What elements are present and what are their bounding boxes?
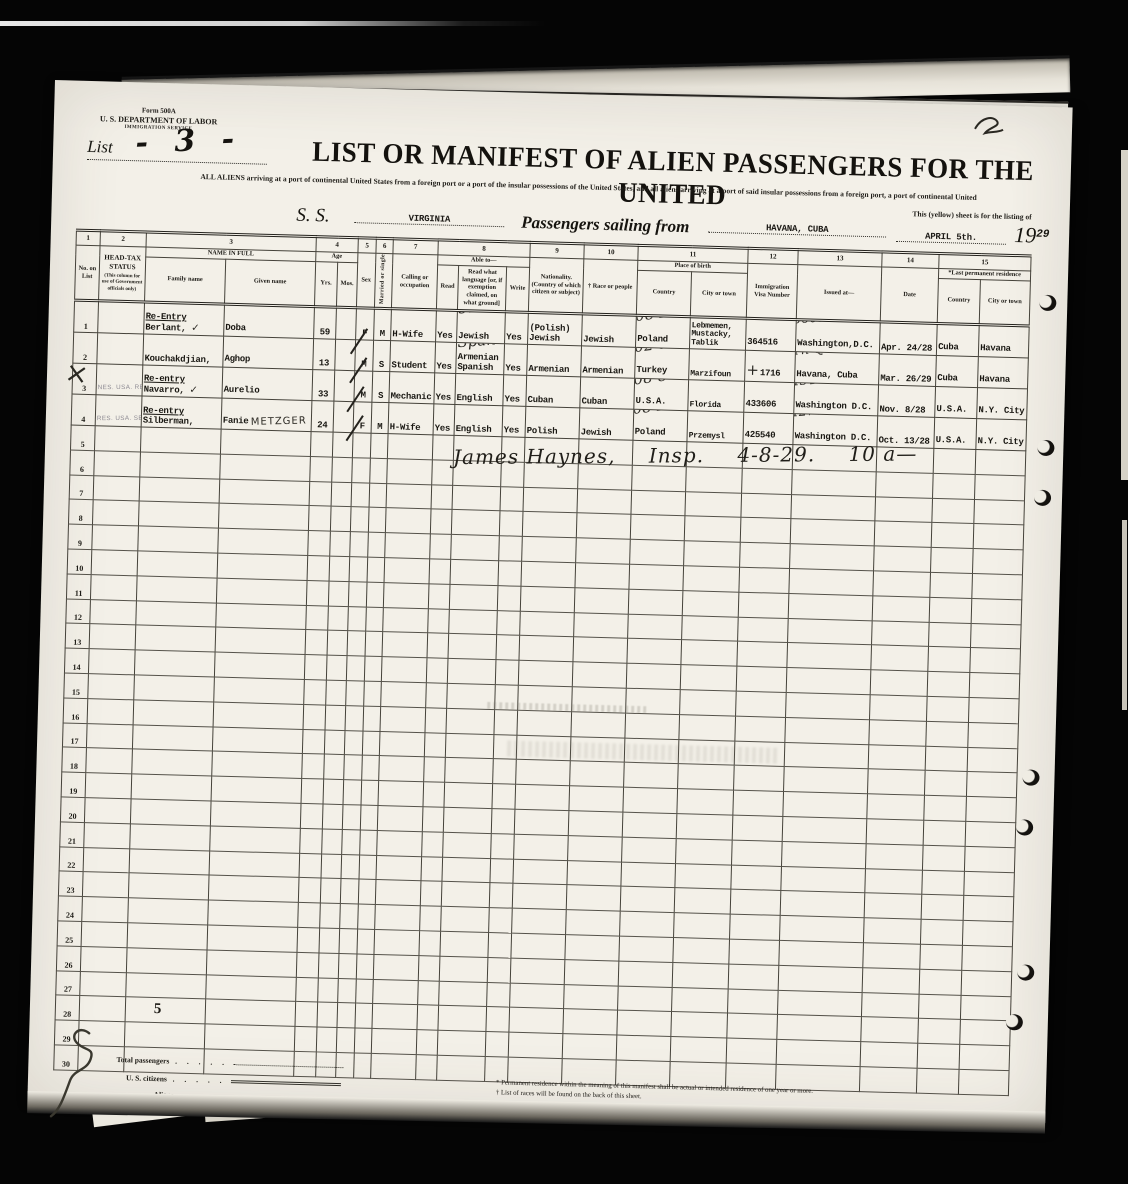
header-mos: Mos.: [336, 262, 357, 308]
handwritten-language-note: Span 4/26-58: [457, 342, 505, 351]
cell-family-name: [128, 873, 209, 900]
cell-married-single: [370, 433, 388, 458]
cell-read: [420, 906, 442, 931]
cell-age-yrs: [308, 531, 331, 556]
cell-sex: [348, 581, 367, 606]
cell-read: [422, 831, 444, 856]
cell-visa-number: [738, 592, 789, 618]
cell-nationality: [520, 611, 575, 637]
family-name: Navarro,✓: [144, 384, 221, 397]
handwritten-given-name: METZGER: [250, 415, 306, 427]
cell-race: Cuban: [580, 377, 635, 409]
cell-residence-country: 99U.S.A.: [934, 417, 977, 449]
cell-age-yrs: 24: [311, 401, 334, 433]
cell-head-tax-status: [87, 698, 134, 724]
cell-read-language: [450, 559, 499, 585]
family-name: Silberman,: [143, 416, 220, 428]
header-date: Date: [880, 267, 938, 324]
cell-married-single: [356, 954, 374, 979]
totals-block: Total passengers . . . . . U. S. citizen…: [115, 1054, 349, 1110]
header-race: † Race or people: [582, 259, 637, 315]
cell-birth-country: [628, 589, 683, 615]
cell-age-yrs: [300, 828, 323, 853]
cell-head-tax-status: RES. USA. SER: [95, 395, 142, 427]
cell-race: [566, 885, 621, 911]
cell-head-tax-status: [80, 946, 127, 972]
cell-given-name: [211, 776, 302, 803]
cell-read-language: [447, 659, 496, 685]
issued-at: Havana, Cuba: [796, 369, 857, 381]
cell-calling: [373, 954, 419, 980]
read-language-2: Spanish: [457, 363, 502, 374]
dot-leaders: . . . . .: [179, 1091, 232, 1101]
nationality: Jewish: [529, 334, 580, 345]
cell-race: Armenian: [581, 346, 636, 378]
cell-visa-number: [737, 642, 788, 668]
cell-residence-city: [969, 673, 1020, 699]
header-married-single: Married or single: [374, 253, 392, 308]
cell-age-yrs: [310, 432, 333, 457]
cell-issued-at: [778, 990, 863, 1017]
cell-residence-city: [971, 623, 1022, 649]
cell-write: [490, 858, 514, 883]
cell-read-language: [441, 882, 490, 908]
cell-residence-city: [963, 896, 1014, 922]
cell-sex: [350, 532, 369, 557]
cell-birth-country: 02-55Turkey: [635, 347, 690, 379]
cell-nationality: [523, 487, 578, 513]
cell-issued-at: Tn Q 4DHavana, Cuba: [795, 352, 880, 385]
cell-head-tax-status: [94, 426, 141, 452]
cell-read: Yes: [433, 404, 455, 436]
cell-birth-country: [630, 539, 685, 565]
cell-birth-country: [624, 763, 679, 789]
cell-age-yrs: [304, 679, 327, 704]
cell-read: [424, 757, 446, 782]
cell-married-single: [367, 557, 385, 582]
cell-birth-city: [684, 541, 741, 567]
header-read-language: Read what language [or, if exemption cla…: [457, 265, 506, 312]
cell-residence-city: [961, 970, 1012, 996]
cell-birth-city: Florida: [688, 380, 745, 413]
total-passengers-blank: [234, 1057, 344, 1068]
sailing-port: HAVANA, CUBA: [708, 222, 886, 238]
cell-residence-country: [924, 795, 967, 821]
punch-hole: [1016, 819, 1033, 835]
cell-read: [417, 1005, 439, 1030]
cell-given-name: [212, 751, 303, 778]
cell-residence-city: [960, 1020, 1011, 1046]
cell-race: Jewish: [582, 314, 637, 347]
cell-residence-city: [965, 821, 1016, 847]
cell-given-name: [218, 528, 309, 555]
cell-age-yrs: [302, 729, 325, 754]
cell-nationality: [522, 512, 577, 538]
cell-residence-country: [931, 523, 974, 549]
cell-issued-at: [779, 940, 864, 967]
read-language: English: [456, 394, 501, 405]
punch-hole: [1037, 440, 1054, 456]
cell-write: [485, 1032, 509, 1057]
header-birth-city: City or town: [690, 272, 747, 319]
cell-birth-country: [625, 713, 680, 739]
cell-read-language: [451, 510, 500, 536]
paper-edge-sliver: [1121, 150, 1128, 480]
cell-row-number: 9: [68, 524, 93, 549]
cell-residence-country: [918, 1019, 961, 1045]
cell-age-yrs: 33: [312, 370, 335, 402]
cell-write: [486, 1007, 510, 1032]
cell-calling: [382, 632, 428, 658]
cell-birth-country: [628, 614, 683, 640]
cell-sex: [352, 458, 371, 483]
cell-married-single: [354, 1053, 372, 1078]
cell-residence-city: [971, 598, 1022, 624]
cell-read-language: [448, 634, 497, 660]
cell-age-mos: [322, 804, 343, 829]
cell-birth-city: [671, 1012, 728, 1038]
cell-birth-city: [676, 838, 733, 864]
cell-sex: [344, 755, 363, 780]
cell-sex: [336, 1028, 355, 1053]
cell-row-number: 11: [66, 574, 91, 599]
cell-visa-number: [741, 493, 792, 519]
cell-nationality: [519, 636, 574, 662]
cell-issued-at: [776, 1040, 861, 1067]
cell-nationality: [518, 660, 573, 686]
cell-row-number: 24: [58, 896, 83, 921]
cell-age-mos: [331, 482, 352, 507]
cell-calling: [384, 558, 430, 584]
cell-family-name: [132, 749, 213, 776]
cell-residence-city: [975, 450, 1026, 476]
cell-issued-at: 366903Washington,D.C.: [795, 320, 880, 354]
cell-nationality: [513, 859, 568, 885]
header-sex: Sex: [356, 253, 375, 308]
cell-row-number: 15: [64, 673, 89, 698]
cell-sex: [346, 681, 365, 706]
cell-write: [496, 635, 520, 660]
cell-issued-at: [784, 767, 869, 794]
cell-sex: [338, 978, 357, 1003]
handwritten-language-note: 51858: [457, 311, 505, 318]
birth-city-line: Tablik: [691, 339, 744, 349]
cell-issued-at: [785, 717, 870, 744]
cell-race: [569, 786, 624, 812]
cell-head-tax-status: [85, 773, 132, 799]
cell-age-yrs: [296, 952, 319, 977]
cell-family-name: [126, 972, 207, 999]
cell-age-yrs: [310, 456, 333, 481]
cell-visa-number: [732, 815, 783, 841]
scan-streak: [0, 21, 545, 26]
handwritten-code: 99: [946, 386, 965, 391]
issued-at: Washington,D.C.: [797, 338, 874, 350]
cell-issued-at: [781, 866, 866, 893]
total-passengers-label: Total passengers: [116, 1055, 169, 1065]
cell-family-name: [130, 799, 211, 826]
cell-age-mos: [326, 680, 347, 705]
cell-residence-country: [917, 1043, 960, 1069]
cell-age-mos: [329, 556, 350, 581]
handwritten-visa-number: Tn Q 4D: [795, 352, 848, 359]
header-residence-city: City or town: [979, 279, 1030, 326]
cell-issued-at: [784, 742, 869, 769]
cell-read-language: [437, 1055, 486, 1081]
cell-date: [872, 620, 930, 646]
cell-given-name: [215, 627, 306, 654]
cell-calling: [385, 533, 431, 559]
column-number: 6: [376, 238, 393, 253]
manifest-table-wrap: 123456789101112131415 No. on List HEAD-T…: [53, 229, 1032, 1096]
cell-birth-country: [627, 639, 682, 665]
cell-date: Apr. 24/28: [879, 322, 937, 356]
cell-age-mos: [330, 507, 351, 532]
visa-number: 364516: [747, 337, 778, 348]
header-issued-at: Issued at—: [796, 265, 881, 322]
cell-age-yrs: [299, 853, 322, 878]
family-name: Berlant,✓: [145, 322, 222, 335]
handwritten-code: 99: [947, 323, 966, 329]
scanned-page: Form 500A U. S. DEPARTMENT OF LABOR IMMI…: [0, 0, 1128, 1184]
cell-read: [420, 881, 442, 906]
cell-issued-at: [789, 569, 874, 596]
cell-residence-country: [922, 845, 965, 871]
cell-age-mos: [334, 370, 355, 402]
cell-nationality: [512, 884, 567, 910]
cell-age-yrs: [307, 556, 330, 581]
cell-birth-city: [682, 590, 739, 616]
header-family-name: Family name: [145, 257, 226, 304]
cell-age-yrs: [298, 903, 321, 928]
header-given-name: Given name: [224, 259, 315, 307]
cell-calling: [376, 855, 422, 881]
cell-issued-at: [790, 544, 875, 571]
cell-race: [576, 538, 631, 564]
cell-married-single: [363, 706, 381, 731]
residence-country: U.S.A.: [935, 435, 966, 446]
birth-country: Turkey: [636, 365, 667, 376]
cell-residence-country: [920, 944, 963, 970]
cell-married-single: [364, 656, 382, 681]
cell-residence-city: [973, 524, 1024, 550]
cell-calling: [386, 483, 432, 509]
cell-visa-number: [736, 691, 787, 717]
cell-married-single: [360, 805, 378, 830]
cell-residence-city: [972, 574, 1023, 600]
sailing-date: APRIL 5th.: [896, 231, 1006, 245]
cell-date: [861, 1017, 919, 1043]
cell-married-single: [362, 731, 380, 756]
cell-married-single: [361, 780, 379, 805]
cell-race: [565, 935, 620, 961]
cell-nationality: [511, 933, 566, 959]
cell-calling: [387, 458, 433, 484]
head-tax-stamp: RES. USA. SER: [97, 415, 142, 422]
column-number: 2: [100, 231, 146, 247]
cell-given-name: [208, 875, 299, 902]
handwritten-code: 08-8 3-3: [634, 378, 689, 388]
signature-time: 10 a—: [848, 441, 917, 466]
cell-calling: Student: [390, 341, 436, 373]
cell-given-name: [218, 504, 309, 531]
cell-given-name: Aurelio: [222, 367, 313, 400]
cell-head-tax-status: [82, 872, 129, 898]
cell-family-name: [136, 601, 217, 628]
cell-row-number: 14: [64, 648, 89, 673]
cell-birth-city: [685, 491, 742, 517]
cell-age-yrs: [302, 754, 325, 779]
residence-city: Havana: [980, 343, 1011, 354]
cell-date: [872, 596, 930, 622]
cell-calling: [373, 979, 419, 1005]
cell-visa-number: [726, 1038, 777, 1064]
cell-birth-city: [676, 814, 733, 840]
header-read: Read: [436, 265, 458, 311]
cell-write: [497, 610, 521, 635]
cell-head-tax-status: [83, 847, 130, 873]
cell-birth-country: [626, 663, 681, 689]
cell-given-name: [209, 851, 300, 878]
cell-race: [570, 761, 625, 787]
cell-given-name: [214, 677, 305, 704]
cell-family-name: Re-EntryBerlant,✓: [144, 302, 225, 336]
cell-race: [564, 984, 619, 1010]
cell-issued-at: 434117Washington D.C.: [794, 383, 879, 416]
cell-sex: [345, 705, 364, 730]
cell-family-name: [133, 700, 214, 727]
cell-birth-country: [629, 564, 684, 590]
cell-birth-city: [679, 714, 736, 740]
cell-issued-at: [782, 816, 867, 843]
cell-read-language: [445, 733, 494, 759]
cell-birth-country: [616, 1035, 671, 1061]
cell-residence-country: [933, 448, 976, 474]
cell-residence-city: Havana: [978, 357, 1029, 389]
cell-head-tax-status: [90, 574, 137, 600]
cell-race: [571, 712, 626, 738]
cell-read-language: English: [454, 404, 503, 436]
cell-residence-city: [962, 945, 1013, 971]
cell-head-tax-status: [90, 599, 137, 625]
aliens-blank: [238, 1091, 348, 1102]
cell-write: [499, 536, 523, 561]
cell-date: [861, 992, 919, 1018]
cell-calling: [374, 929, 420, 955]
cell-read: [430, 534, 452, 559]
header-head-tax: HEAD-TAX STATUS (This column for use of …: [99, 246, 146, 302]
cell-read: [418, 955, 440, 980]
cell-age-yrs: [309, 481, 332, 506]
cell-row-number: 25: [57, 921, 82, 946]
cell-head-tax-status: [91, 550, 138, 576]
cell-read-language: [441, 906, 490, 932]
cell-calling: [377, 830, 423, 856]
birth-city-line: Florida: [689, 401, 742, 411]
cell-age-mos: [324, 730, 345, 755]
cell-date: [873, 571, 931, 597]
cell-given-name: [214, 652, 305, 679]
cell-sex: [341, 854, 360, 879]
head-tax-title: HEAD-TAX STATUS: [104, 254, 141, 272]
cell-residence-country: [932, 498, 975, 524]
cell-race: [572, 662, 627, 688]
cell-read-language: [442, 857, 491, 883]
cell-age-yrs: 59: [314, 307, 337, 340]
cell-sex: [340, 904, 359, 929]
cell-residence-country: 83Cuba: [936, 355, 979, 387]
cell-sex: [346, 656, 365, 681]
cell-row-number: 1: [74, 300, 99, 333]
cell-nationality: [514, 809, 569, 835]
cell-birth-city: [678, 764, 735, 790]
cell-race: [567, 860, 622, 886]
cell-visa-number: [736, 666, 787, 692]
cell-read-language: [449, 609, 498, 635]
cell-sex: [338, 953, 357, 978]
cell-birth-city: [675, 863, 732, 889]
punch-hole: [1022, 769, 1039, 785]
cell-given-name: [219, 479, 310, 506]
cell-birth-city: [683, 566, 740, 592]
cell-residence-country: [929, 622, 972, 648]
read-language: English: [456, 425, 501, 436]
cell-age-yrs: [294, 1026, 317, 1051]
cell-family-name: [132, 724, 213, 751]
cell-date: [876, 472, 934, 498]
cell-residence-country: [928, 647, 971, 673]
cell-issued-at: [792, 469, 877, 496]
cell-calling: [372, 1004, 418, 1030]
cell-read-language: [440, 931, 489, 957]
cell-read-language: Span 4/26-58ArmenianSpanish: [456, 342, 505, 374]
cell-birth-city: [681, 640, 738, 666]
cell-residence-city: [975, 474, 1026, 500]
manifest-sheet: Form 500A U. S. DEPARTMENT OF LABOR IMMI…: [28, 80, 1073, 1123]
list-label: List: [87, 137, 113, 157]
cell-age-yrs: [308, 506, 331, 531]
cell-age-mos: [320, 903, 341, 928]
sailing-label: Passengers sailing from: [521, 213, 690, 238]
cell-age-mos: [332, 457, 353, 482]
cell-visa-number: [738, 617, 789, 643]
cell-issued-at: [777, 1015, 862, 1042]
cell-age-mos: [318, 978, 339, 1003]
cell-read: [419, 931, 441, 956]
cell-birth-city: [670, 1037, 727, 1063]
residence-country: U.S.A.: [936, 404, 967, 415]
cell-residence-country: [920, 919, 963, 945]
cell-read-language: [449, 584, 498, 610]
cell-birth-city: Lebmemen,Mustacky,Tablik: [689, 317, 746, 351]
cell-write: [497, 585, 521, 610]
column-number: 10: [584, 244, 638, 260]
cell-birth-country: 08-8 3-3U.S.A.: [634, 378, 689, 410]
cell-residence-city: N.Y. City: [977, 388, 1028, 420]
cell-write: [487, 957, 511, 982]
list-number-line: List - 3 -: [87, 137, 268, 165]
cell-write: [499, 511, 523, 536]
dot-leaders: . . . . .: [175, 1057, 228, 1067]
cell-married-single: [364, 681, 382, 706]
cell-read: [416, 1030, 438, 1055]
cell-age-mos: [320, 878, 341, 903]
cell-row-number: 28: [55, 995, 80, 1020]
cell-sex: [351, 482, 370, 507]
given-name: Aurelio: [224, 385, 260, 396]
cell-sex: [342, 829, 361, 854]
cell-nationality: [509, 1007, 564, 1033]
